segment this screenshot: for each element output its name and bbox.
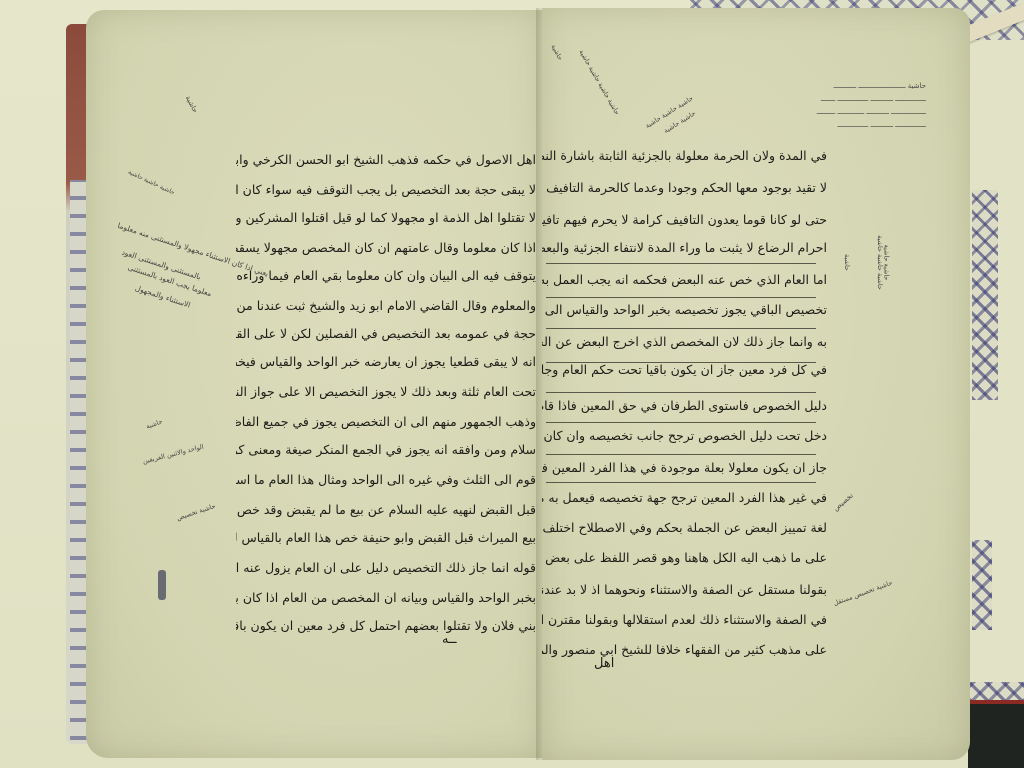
text-line: به وانما جاز ذلك لان المخصص الذي اخرج ال…: [542, 334, 827, 350]
endpaper-pattern-strip-lower: [972, 540, 992, 630]
text-line: تخصيص الباقي يجوز تخصيصه بخبر الواحد وال…: [542, 302, 827, 318]
catchword-mark: ــه: [442, 632, 457, 647]
text-line: والمعلوم وقال القاضي الامام ابو زيد والش…: [236, 298, 536, 314]
catchword: اهل: [594, 656, 614, 671]
text-line: انه لا يبقى قطعيا يجوز ان يعارضه خبر الو…: [236, 354, 536, 370]
text-line: في الصفة والاستثناء ذلك لعدم استقلالها و…: [542, 612, 827, 628]
text-line: جاز ان يكون معلولا بعلة موجودة في هذا ال…: [542, 460, 827, 476]
dark-cloth-corner: [968, 700, 1024, 768]
ink-blot: [158, 570, 166, 600]
text-line: قوم الى الثلث وفي غيره الى الواحد ومثال …: [236, 472, 536, 488]
text-line: لا تقيد بوجود معها الحكم وجودا وعدما كال…: [542, 180, 827, 196]
text-line: اما العام الذي خص عنه البعض فحكمه انه يج…: [542, 272, 827, 288]
text-rule: [546, 392, 816, 393]
text-line: لا تقتلوا اهل الذمة او مجهولا كما لو قيل…: [236, 210, 536, 226]
text-line: دليل الخصوص فاستوى الطرفان في حق المعين …: [542, 398, 827, 414]
marginal-note-lower-2: الواحد والاثنين الفريقين: [142, 443, 205, 467]
text-line: احرام الرضاع لا يثبت ما وراء المدة لانتف…: [542, 240, 827, 256]
marginal-note-top-right-block: حاشية ـــــــــــــــــــــــ ــــــــــ…: [806, 80, 926, 132]
text-line: في كل فرد معين جاز ان يكون باقيا تحت حكم…: [542, 362, 827, 378]
left-page: اهل الاصول في حكمه فذهب الشيخ ابو الحسن …: [86, 10, 542, 758]
text-line: على مذهب كثير من الفقهاء خلافا للشيخ ابي…: [542, 642, 827, 658]
marginal-note-label: حاشية: [908, 82, 926, 90]
text-line: بقولنا مستقل عن الصفة والاستثناء ونحوهما…: [542, 582, 827, 598]
text-line: تحت العام ثلثة وبعد ذلك لا يجوز التخصيص …: [236, 384, 536, 400]
text-line: لغة تمييز البعض عن الجملة بحكم وفي الاصط…: [542, 520, 827, 536]
text-line: اذا كان معلوما وقال عامتهم ان كان المخصص…: [236, 240, 536, 256]
endpaper-pattern-strip: [972, 190, 998, 400]
text-line: سلام ومن وافقه انه يجوز في الجمع المنكر …: [236, 442, 536, 458]
text-line: بخبر الواحد والقياس وبيانه ان المخصص من …: [236, 590, 536, 606]
text-line: بيع الميراث قبل القبض وابو حنيفة خص هذا …: [236, 530, 536, 546]
right-page: في المدة ولان الحرمة معلولة بالجزئية الث…: [542, 8, 970, 760]
marginal-note-vertical-3: حاشية حاشية: [881, 245, 890, 281]
marginal-note-lower: حاشية: [145, 417, 164, 431]
text-rule: [546, 297, 816, 298]
endpaper-pattern-bottom: [970, 682, 1024, 702]
marginal-note-upper: حاشية: [183, 94, 199, 114]
left-page-main-text: اهل الاصول في حكمه فذهب الشيخ ابو الحسن …: [236, 152, 536, 672]
text-rule: [546, 422, 816, 423]
text-line: حجة في عمومه بعد التخصيص في الفصلين لكن …: [236, 326, 536, 342]
marginal-note-right-lower: تخصيص: [832, 492, 856, 514]
text-line: لا يبقى حجة بعد التخصيص بل يجب التوقف في…: [236, 182, 536, 198]
text-rule: [546, 454, 816, 455]
marginal-note-lower-3: حاشية تخصيص: [176, 502, 217, 523]
right-page-main-text: في المدة ولان الحرمة معلولة بالجزئية الث…: [542, 148, 827, 668]
text-line: وذهب الجمهور منهم الى ان التخصيص يجوز في…: [236, 414, 536, 430]
text-rule: [546, 263, 816, 264]
text-line: بني فلان ولا تقتلوا بعضهم احتمل كل فرد م…: [236, 618, 536, 634]
text-line: في المدة ولان الحرمة معلولة بالجزئية الث…: [542, 148, 827, 164]
text-line: حتى لو كانا قوما يعدون التافيف كرامة لا …: [542, 212, 827, 228]
marginal-note-right-bottom: حاشية تخصيص مستقل: [832, 578, 894, 609]
marginal-note-vertical: حاشية: [842, 254, 851, 271]
text-line: قبل القبض لنهيه عليه السلام عن بيع ما لم…: [236, 502, 536, 518]
text-line: اهل الاصول في حكمه فذهب الشيخ ابو الحسن …: [236, 152, 536, 168]
marginal-note-upper-2: حاشية حاشية حاشية: [126, 168, 176, 198]
text-line: دخل تحت دليل الخصوص ترجح جانب تخصيصه وان…: [542, 428, 827, 444]
text-line: يتوقف فيه الى البيان وان كان معلوما بقي …: [236, 268, 536, 284]
text-line: على ما ذهب اليه الكل هاهنا وهو قصر اللفظ…: [542, 550, 827, 566]
text-line: قوله انما جاز ذلك التخصيص دليل على ان ال…: [236, 560, 536, 576]
text-line: في غير هذا الفرد المعين ترجح جهة تخصيصه …: [542, 490, 827, 506]
marginal-note-top-left: حاشية: [549, 43, 565, 62]
text-rule: [546, 482, 816, 483]
text-rule: [546, 328, 816, 329]
marginal-note-top-left-2: حاشية حاشية حاشية حاشية: [577, 48, 622, 116]
text-rule: [546, 362, 816, 363]
